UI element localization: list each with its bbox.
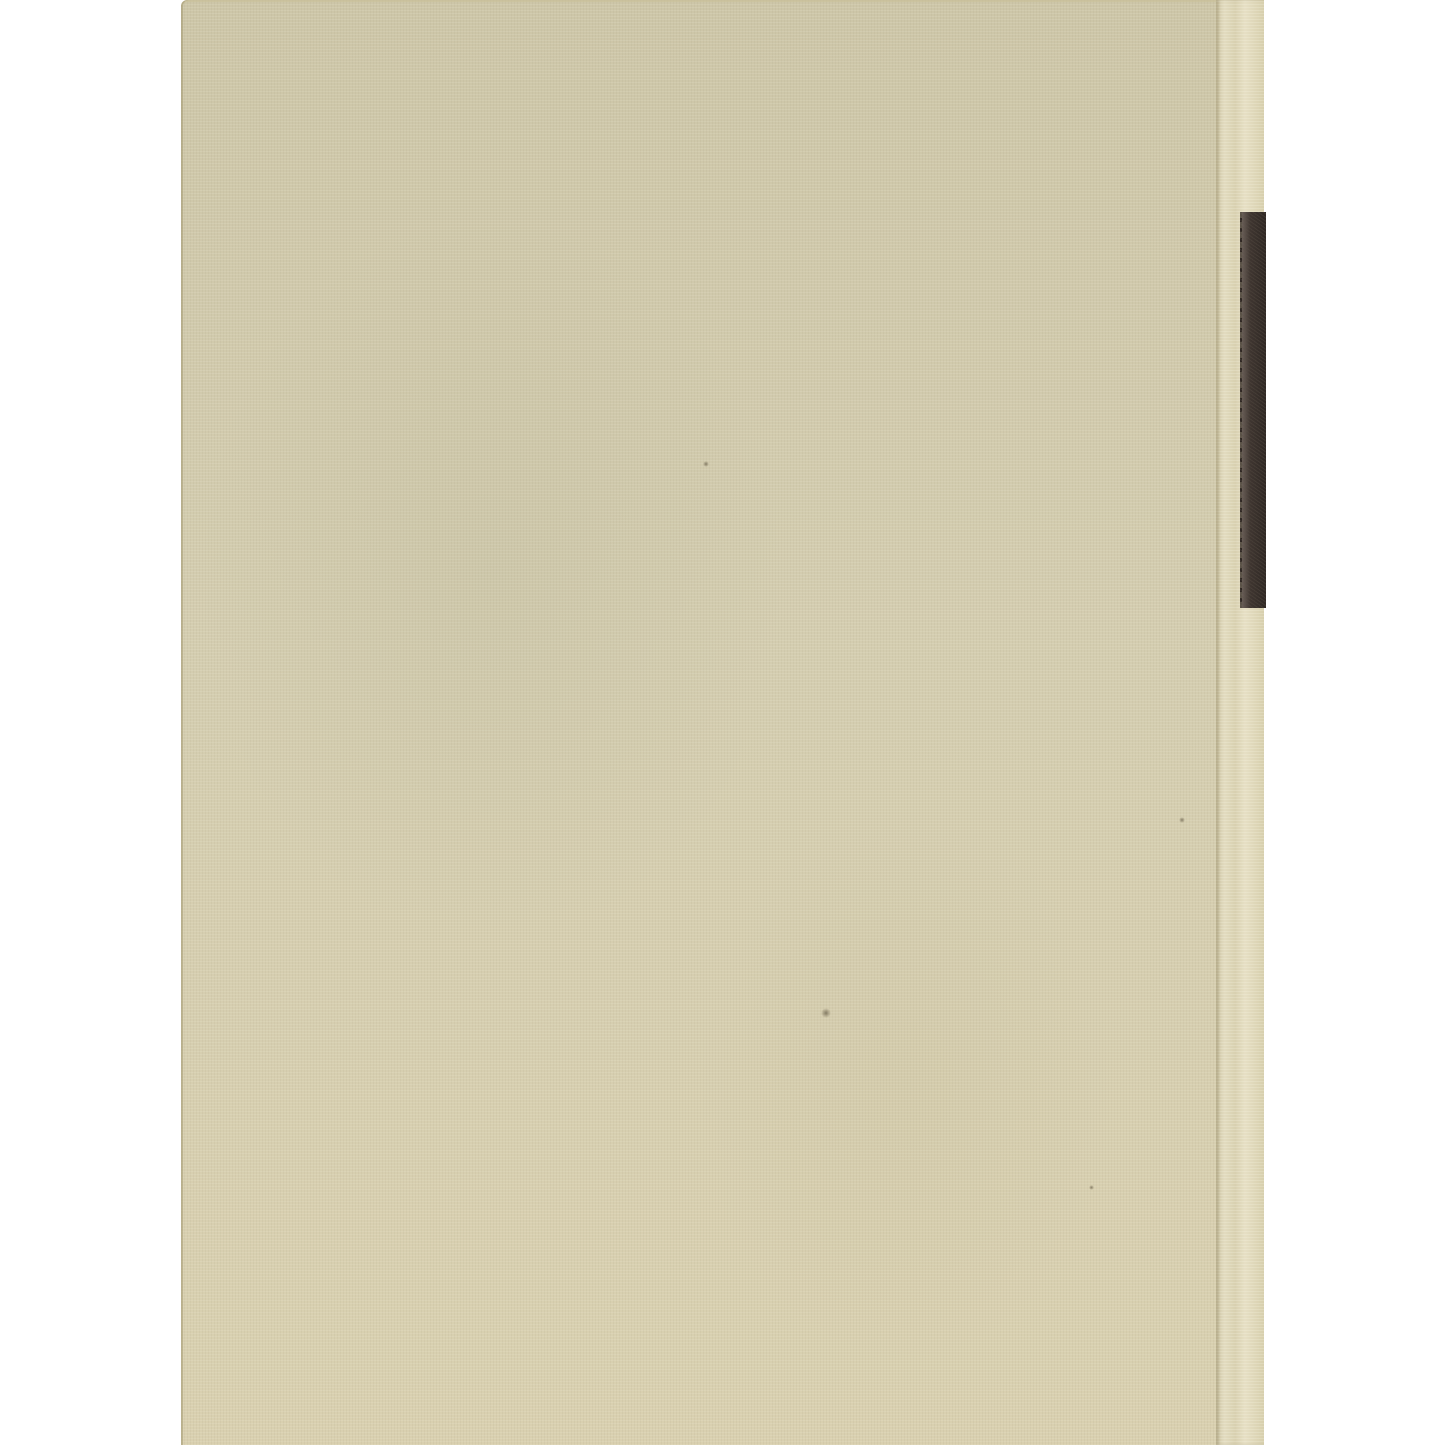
stain-spot <box>1089 1185 1094 1190</box>
stain-spot <box>1179 817 1185 823</box>
book-photo-scene <box>0 0 1445 1445</box>
spine-dark-patch <box>1240 212 1266 608</box>
book-back-cover <box>181 0 1216 1445</box>
stain-spot <box>821 1008 831 1018</box>
stain-spot <box>703 461 709 467</box>
book <box>181 0 1264 1445</box>
